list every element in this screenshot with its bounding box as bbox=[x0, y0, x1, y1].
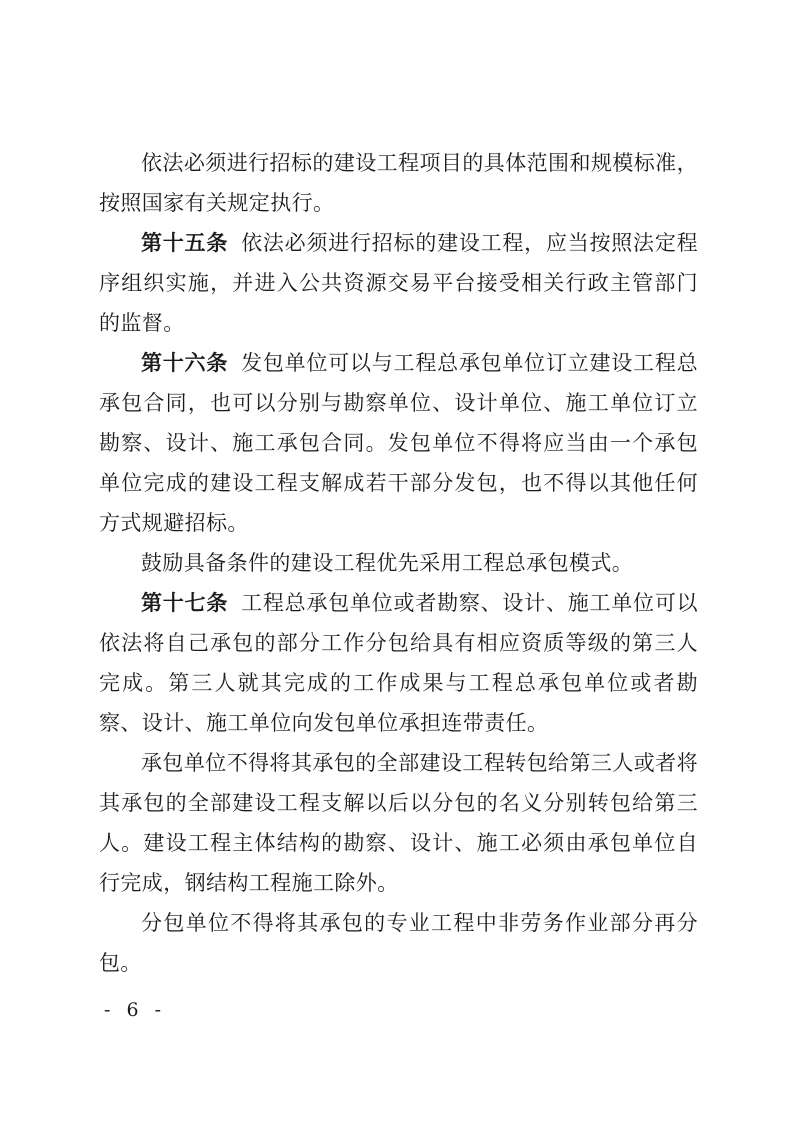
paragraph: 承包单位不得将其承包的全部建设工程转包给第三人或者将其承包的全部建设工程支解以后… bbox=[99, 743, 698, 903]
paragraph-text: 发包单位可以与工程总承包单位订立建设工程总承包合同，也可以分别与勘察单位、设计单… bbox=[99, 351, 698, 535]
page-number: - 6 - bbox=[104, 998, 166, 1022]
article-number: 第十五条 bbox=[141, 230, 228, 255]
paragraph-text: 分包单位不得将其承包的专业工程中非劳务作业部分再分包。 bbox=[99, 911, 698, 975]
paragraph: 第十五条依法必须进行招标的建设工程，应当按照法定程序组织实施，并进入公共资源交易… bbox=[99, 223, 698, 343]
paragraph: 分包单位不得将其承包的专业工程中非劳务作业部分再分包。 bbox=[99, 903, 698, 983]
paragraph: 第十六条发包单位可以与工程总承包单位订立建设工程总承包合同，也可以分别与勘察单位… bbox=[99, 343, 698, 543]
article-number: 第十七条 bbox=[141, 590, 228, 615]
paragraph-text: 鼓励具备条件的建设工程优先采用工程总承包模式。 bbox=[141, 551, 633, 575]
paragraph-text: 依法必须进行招标的建设工程项目的具体范围和规模标准，按照国家有关规定执行。 bbox=[99, 151, 698, 215]
article-number: 第十六条 bbox=[141, 350, 228, 375]
paragraph: 依法必须进行招标的建设工程项目的具体范围和规模标准，按照国家有关规定执行。 bbox=[99, 143, 698, 223]
paragraph: 鼓励具备条件的建设工程优先采用工程总承包模式。 bbox=[99, 543, 698, 583]
document-body: 依法必须进行招标的建设工程项目的具体范围和规模标准，按照国家有关规定执行。 第十… bbox=[99, 143, 698, 983]
paragraph-text: 承包单位不得将其承包的全部建设工程转包给第三人或者将其承包的全部建设工程支解以后… bbox=[99, 751, 698, 895]
document-page: 依法必须进行招标的建设工程项目的具体范围和规模标准，按照国家有关规定执行。 第十… bbox=[0, 0, 793, 1122]
paragraph: 第十七条工程总承包单位或者勘察、设计、施工单位可以依法将自己承包的部分工作分包给… bbox=[99, 583, 698, 743]
